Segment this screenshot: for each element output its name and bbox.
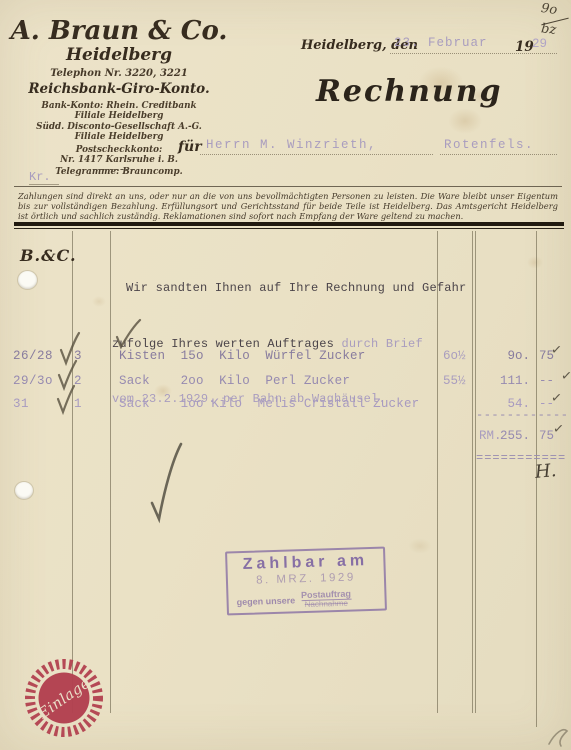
- pencil-check: ✓: [560, 367, 571, 384]
- column-rule-double: [472, 231, 473, 713]
- column-rule: [110, 231, 111, 713]
- bank-line: Bank-Konto: Rhein. Creditbank: [8, 102, 230, 111]
- pencil-note: 9o bz: [541, 3, 571, 38]
- invoice-document: A. Braun & Co. Heidelberg Telephon Nr. 3…: [0, 0, 571, 750]
- paper-stain: [408, 538, 432, 554]
- punch-hole: [15, 482, 33, 499]
- bank-line: Nr. 1417 Karlsruhe i. B.: [8, 156, 230, 165]
- typed-date: 23. Februar: [394, 36, 488, 50]
- payment-stamp: Zahlbar am 8. MRZ. 1929 gegen unsere Pos…: [225, 547, 387, 616]
- item-lot: 31: [13, 397, 29, 411]
- recipient-place-underline: [440, 153, 557, 155]
- pencil-check: ✓: [550, 389, 563, 406]
- handwritten-initial: H.: [534, 460, 557, 483]
- paper-stain: [92, 296, 106, 307]
- for-label: für: [178, 139, 202, 155]
- company-telephone: Telephon Nr. 3220, 3221: [8, 69, 230, 79]
- stamp-line-3-prefix: gegen unsere: [236, 595, 295, 607]
- item-qty: 3: [74, 349, 82, 363]
- item-desc: Sack 2oo Kilo Perl Zucker: [119, 374, 350, 388]
- paper-stain: [448, 108, 482, 134]
- header-rule-thick: [14, 222, 564, 226]
- large-pencil-check: [152, 444, 181, 519]
- recipient-name: Herrn M. Winzrieth,: [206, 138, 377, 152]
- item-amount: 9o.: [468, 349, 530, 363]
- item-lot: 29/3o: [13, 374, 53, 388]
- letterhead-divider: [94, 169, 134, 170]
- company-city: Heidelberg: [8, 47, 230, 64]
- item-unit-price: 6o½: [443, 349, 466, 363]
- company-initials: B.&C.: [20, 246, 77, 265]
- terms-top-rule: [14, 186, 562, 187]
- item-amount: 111.: [468, 374, 530, 388]
- company-name: A. Braun & Co.: [8, 18, 230, 44]
- recipient-place: Rotenfels.: [444, 138, 534, 152]
- recipient-underline: [200, 153, 433, 155]
- year-typed: 29: [532, 37, 547, 51]
- column-rule: [72, 231, 73, 713]
- item-lot: 26/28: [13, 349, 53, 363]
- item-unit-price: 55½: [443, 374, 466, 388]
- item-desc: Kisten 15o Kilo Würfel Zucker: [119, 349, 365, 363]
- item-pfennig: --: [539, 374, 554, 388]
- doc-title: Rechnung: [316, 74, 503, 109]
- year-prefix: 19: [515, 39, 534, 55]
- pencil-check: ✓: [550, 341, 563, 358]
- giro-title: Reichsbank-Giro-Konto.: [8, 83, 230, 97]
- einlage-seal: Einlage: [20, 652, 108, 744]
- body-line-1: Wir sandten Ihnen auf Ihre Rechnung und …: [112, 279, 466, 298]
- stamp-struck-word: Nachnahme: [301, 599, 351, 610]
- kr-note: Kr.: [29, 170, 59, 185]
- item-qty: 1: [74, 397, 82, 411]
- header-rule-thin: [14, 228, 564, 229]
- item-desc: Sack 1oo Kilo Melis Cristall Zucker: [119, 397, 419, 411]
- total-amount: 255.: [468, 429, 530, 443]
- corner-pencil-flourish: [549, 730, 567, 746]
- terms-text: Zahlungen sind direkt an uns, oder nur a…: [18, 191, 558, 221]
- body-paragraph: Wir sandten Ihnen auf Ihre Rechnung und …: [112, 242, 466, 446]
- bank-line: Filiale Heidelberg: [8, 112, 230, 121]
- pencil-check: ✓: [552, 420, 565, 437]
- stamp-line-3: gegen unsere Postauftrag Nachnahme: [236, 588, 383, 612]
- punch-hole: [18, 271, 37, 289]
- column-rule-double: [475, 231, 476, 713]
- item-qty: 2: [74, 374, 82, 388]
- pencil-note-bottom: bz: [540, 21, 571, 39]
- stamp-correction: Postauftrag Nachnahme: [301, 589, 352, 610]
- bank-line: Südd. Disconto-Gesellschaft A.-G.: [8, 123, 230, 132]
